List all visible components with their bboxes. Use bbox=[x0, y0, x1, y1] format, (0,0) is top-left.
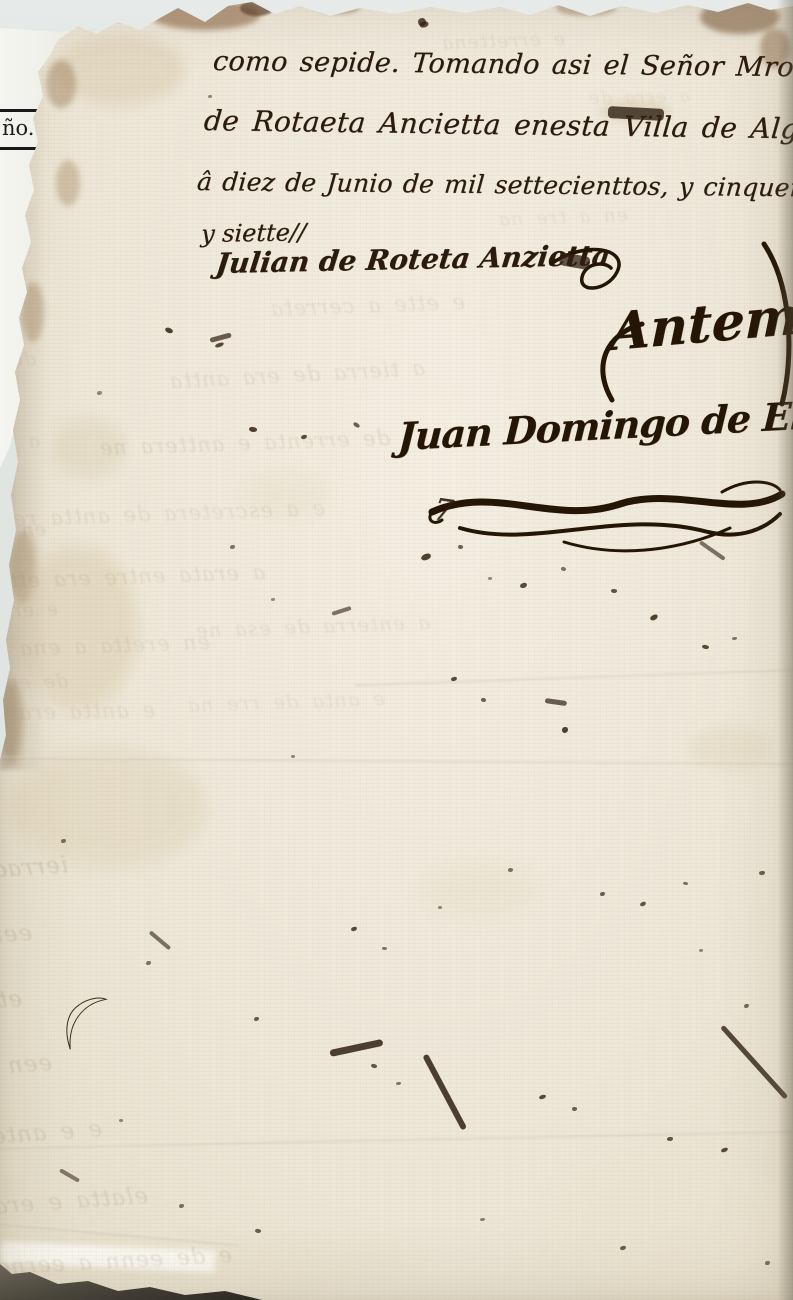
ink-speck bbox=[119, 1119, 123, 1122]
ink-speck bbox=[649, 614, 658, 622]
ink-speck bbox=[732, 637, 737, 640]
ink-speck bbox=[572, 1107, 578, 1112]
ink-speck bbox=[215, 342, 225, 349]
page-right-edge-shadow bbox=[777, 0, 793, 1300]
ink-speck bbox=[370, 1063, 377, 1069]
ink-speck bbox=[721, 1147, 729, 1153]
ink-stroke bbox=[545, 698, 567, 706]
ink-speck bbox=[620, 1246, 627, 1251]
ink-speck bbox=[560, 566, 566, 572]
ink-stroke bbox=[59, 1168, 80, 1182]
manuscript-scan: ño. e errettenaa erra deen a tre nae ett… bbox=[0, 0, 793, 1300]
ink-speck bbox=[61, 839, 66, 843]
ink-speck bbox=[164, 326, 173, 334]
ink-speck bbox=[254, 1017, 260, 1022]
ink-speck bbox=[519, 582, 527, 589]
ink-speck bbox=[438, 906, 442, 909]
ink-speck bbox=[639, 901, 646, 907]
ink-speck bbox=[420, 552, 432, 562]
ink-speck bbox=[351, 926, 358, 931]
ink-speck bbox=[396, 1082, 401, 1085]
ink-speck bbox=[249, 426, 258, 433]
manuscript-page: e errettenaa erra deen a tre nae ette a … bbox=[0, 0, 793, 1300]
ink-speck bbox=[539, 1094, 547, 1100]
ink-speck bbox=[562, 727, 568, 733]
ink-stroke bbox=[422, 1054, 467, 1131]
ink-speck bbox=[451, 677, 458, 682]
ink-speck bbox=[179, 1204, 184, 1208]
ink-speck bbox=[699, 949, 703, 952]
ink-speck bbox=[600, 892, 605, 896]
ink-speck bbox=[667, 1137, 673, 1141]
ink-speck bbox=[480, 1218, 485, 1221]
ink-speck bbox=[97, 391, 102, 395]
ink-speck bbox=[488, 577, 492, 580]
ink-speck bbox=[146, 961, 151, 965]
ink-speck bbox=[765, 1261, 770, 1265]
ink-speck bbox=[230, 545, 235, 549]
ink-stroke bbox=[331, 606, 351, 616]
ink-speck bbox=[702, 644, 710, 650]
ink-speck bbox=[208, 95, 212, 98]
ink-stroke bbox=[559, 252, 591, 270]
ink-speck bbox=[480, 697, 486, 703]
ink-speck bbox=[611, 589, 618, 594]
ink-speck bbox=[301, 435, 308, 440]
ink-stroke bbox=[149, 930, 171, 950]
ink-speck-layer bbox=[0, 0, 793, 1300]
ink-speck bbox=[744, 1003, 750, 1008]
ink-stroke bbox=[608, 106, 665, 121]
ink-speck bbox=[457, 544, 463, 549]
ink-speck bbox=[255, 1228, 262, 1233]
ink-speck bbox=[759, 871, 765, 875]
ink-stroke bbox=[699, 540, 726, 560]
ink-speck bbox=[353, 421, 361, 428]
ink-speck bbox=[291, 755, 295, 758]
ink-stroke bbox=[418, 18, 426, 26]
year-box-label: ño. bbox=[2, 116, 34, 140]
ink-speck bbox=[683, 881, 689, 885]
ink-speck bbox=[508, 868, 514, 873]
ink-speck bbox=[382, 947, 387, 951]
ink-speck bbox=[271, 598, 275, 601]
ink-stroke bbox=[329, 1039, 383, 1057]
